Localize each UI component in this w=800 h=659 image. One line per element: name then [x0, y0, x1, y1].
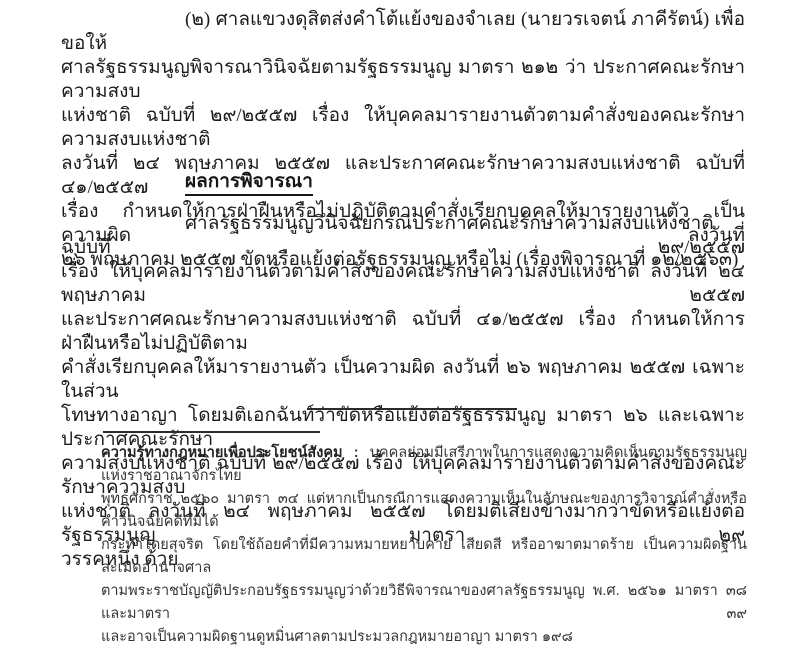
section-end-divider	[307, 408, 517, 410]
text-line: ตามพระราชบัญญัติประกอบรัฐธรรมนูญว่าด้วยว…	[101, 580, 747, 626]
footnote-first-line: ความรู้ทางกฎหมายเพื่อประโยชน์สังคม : บุค…	[101, 442, 747, 488]
text-line: คำสั่งเรียกบุคคลให้มารายงานตัว เป็นความผ…	[61, 356, 745, 404]
footnote-separator: :	[343, 445, 370, 461]
text-line: (๒) ศาลแขวงดุสิตส่งคำโต้แย้งของจำเลย (นา…	[61, 8, 745, 56]
text-line: ศาลรัฐธรรมนูญพิจารณาวินิจฉัยตามรัฐธรรมนู…	[61, 56, 745, 104]
text-line: และอาจเป็นความผิดฐานดูหมิ่นศาลตามประมวลก…	[101, 626, 747, 649]
text-line: เรื่อง ให้บุคคลมารายงานตัวตามคำสั่งของคณ…	[61, 260, 745, 308]
text-line: ลงวันที่ ๒๔ พฤษภาคม ๒๕๕๗ และประกาศคณะรัก…	[61, 152, 745, 200]
footnote-rule	[103, 431, 320, 433]
text-line: ศาลรัฐธรรมนูญวินิจฉัยกรณีประกาศคณะรักษาค…	[61, 212, 745, 260]
text-line: พุทธศักราช ๒๕๖๐ มาตรา ๓๔ แต่หากเป็นกรณีก…	[101, 488, 747, 534]
ruling-result-heading: ผลการพิจารณา	[185, 171, 313, 196]
text-line: กระทำโดยสุจริต โดยใช้ถ้อยคำที่มีความหมาย…	[101, 534, 747, 580]
text-line: และประกาศคณะรักษาความสงบแห่งชาติ ฉบับที่…	[61, 308, 745, 356]
footnote-label: ความรู้ทางกฎหมายเพื่อประโยชน์สังคม	[101, 445, 343, 461]
legal-knowledge-footnote: ความรู้ทางกฎหมายเพื่อประโยชน์สังคม : บุค…	[101, 442, 747, 649]
text-line: แห่งชาติ ฉบับที่ ๒๙/๒๕๕๗ เรื่อง ให้บุคคล…	[61, 104, 745, 152]
document-page: (๒) ศาลแขวงดุสิตส่งคำโต้แย้งของจำเลย (นา…	[0, 0, 800, 659]
